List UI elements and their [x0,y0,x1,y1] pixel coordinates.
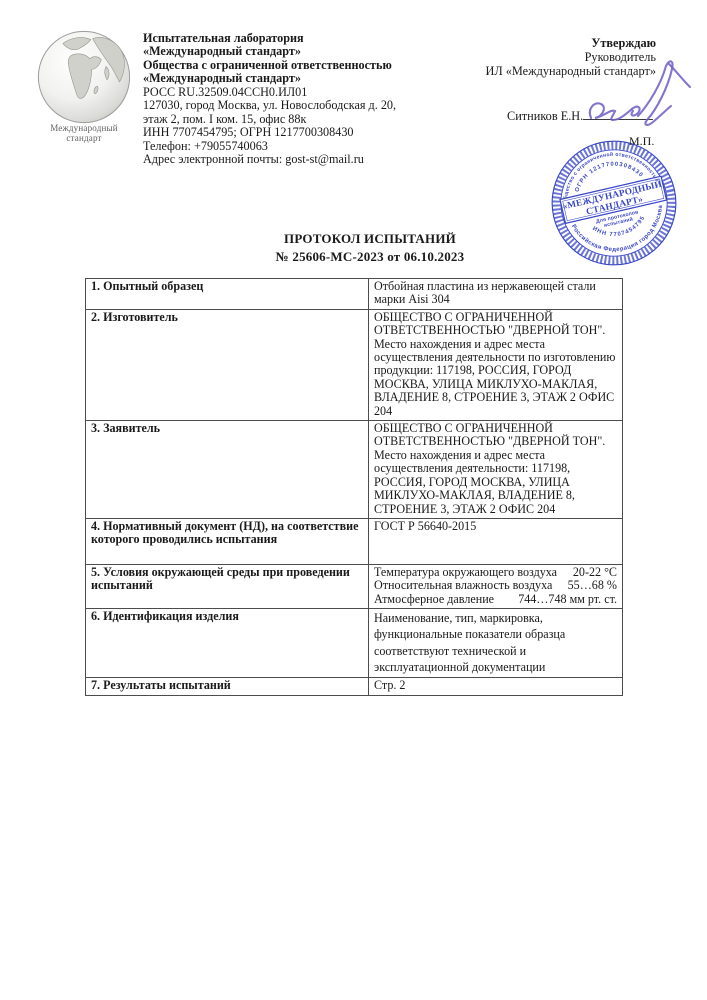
logo-caption: Международный стандарт [28,123,140,143]
approve-label: Утверждаю [400,37,656,51]
table-row-sample: 1. Опытный образец Отбойная пластина из … [86,279,623,310]
row-label: 6. Идентификация изделия [86,609,369,678]
env-pressure: Атмосферное давление 744…748 мм рт. ст. [374,593,617,606]
row-value: ОБЩЕСТВО С ОГРАНИЧЕННОЙ ОТВЕТСТВЕННОСТЬЮ… [369,421,623,519]
lab-logo [36,29,132,130]
row-value: ОБЩЕСТВО С ОГРАНИЧЕННОЙ ОТВЕТСТВЕННОСТЬЮ… [369,309,623,420]
row-value: Температура окружающего воздуха 20-22 °С… [369,564,623,608]
signature-scribble [583,56,695,138]
table-row-normative-document: 4. Нормативный документ (НД), на соответ… [86,518,623,564]
logo-caption-line2: стандарт [28,133,140,143]
lab-address-line1: 127030, город Москва, ул. Новослободская… [143,99,443,112]
document-page: Международный стандарт Испытательная лаб… [0,0,707,1000]
lab-accreditation-number: РОСС RU.32509.04ССН0.ИЛ01 [143,86,443,99]
round-stamp-seal: Общество с ограниченной ответственностью… [548,137,680,269]
logo-caption-line1: Международный [28,123,140,133]
lab-inn-ogrn: ИНН 7707454795; ОГРН 1217700308430 [143,126,443,139]
globe-icon [36,29,132,125]
row-label: 4. Нормативный документ (НД), на соответ… [86,518,369,564]
row-value: ГОСТ Р 56640-2015 [369,518,623,564]
lab-info-block: Испытательная лаборатория «Международный… [143,32,443,167]
table-row-environment: 5. Условия окружающей среды при проведен… [86,564,623,608]
seal-place-mark: М.П. [629,134,654,149]
lab-address-line2: этаж 2, пом. I ком. 15, офис 88к [143,113,443,126]
row-label: 5. Условия окружающей среды при проведен… [86,564,369,608]
lab-org-type-line: Общества с ограниченной ответственностью [143,59,443,72]
row-label: 1. Опытный образец [86,279,369,310]
table-row-results: 7. Результаты испытаний Стр. 2 [86,677,623,695]
lab-phone: Телефон: +79055740063 [143,140,443,153]
lab-name-line: «Международный стандарт» [143,45,443,58]
lab-email: Адрес электронной почты: gost-st@mail.ru [143,153,443,166]
env-temperature: Температура окружающего воздуха 20-22 °С [374,566,617,579]
row-label: 3. Заявитель [86,421,369,519]
row-value: Отбойная пластина из нержавеющей стали м… [369,279,623,310]
table-row-manufacturer: 2. Изготовитель ОБЩЕСТВО С ОГРАНИЧЕННОЙ … [86,309,623,420]
row-value: Стр. 2 [369,677,623,695]
table-row-identification: 6. Идентификация изделия Наименование, т… [86,609,623,678]
row-value: Наименование, тип, маркировка, функциона… [369,609,623,678]
signer-name: Ситников Е.Н. [507,109,583,123]
lab-title-line: Испытательная лаборатория [143,32,443,45]
env-humidity: Относительная влажность воздуха 55…68 % [374,579,617,592]
row-label: 2. Изготовитель [86,309,369,420]
table-row-applicant: 3. Заявитель ОБЩЕСТВО С ОГРАНИЧЕННОЙ ОТВ… [86,421,623,519]
row-label: 7. Результаты испытаний [86,677,369,695]
protocol-table: 1. Опытный образец Отбойная пластина из … [85,278,623,696]
lab-org-name-line: «Международный стандарт» [143,72,443,85]
